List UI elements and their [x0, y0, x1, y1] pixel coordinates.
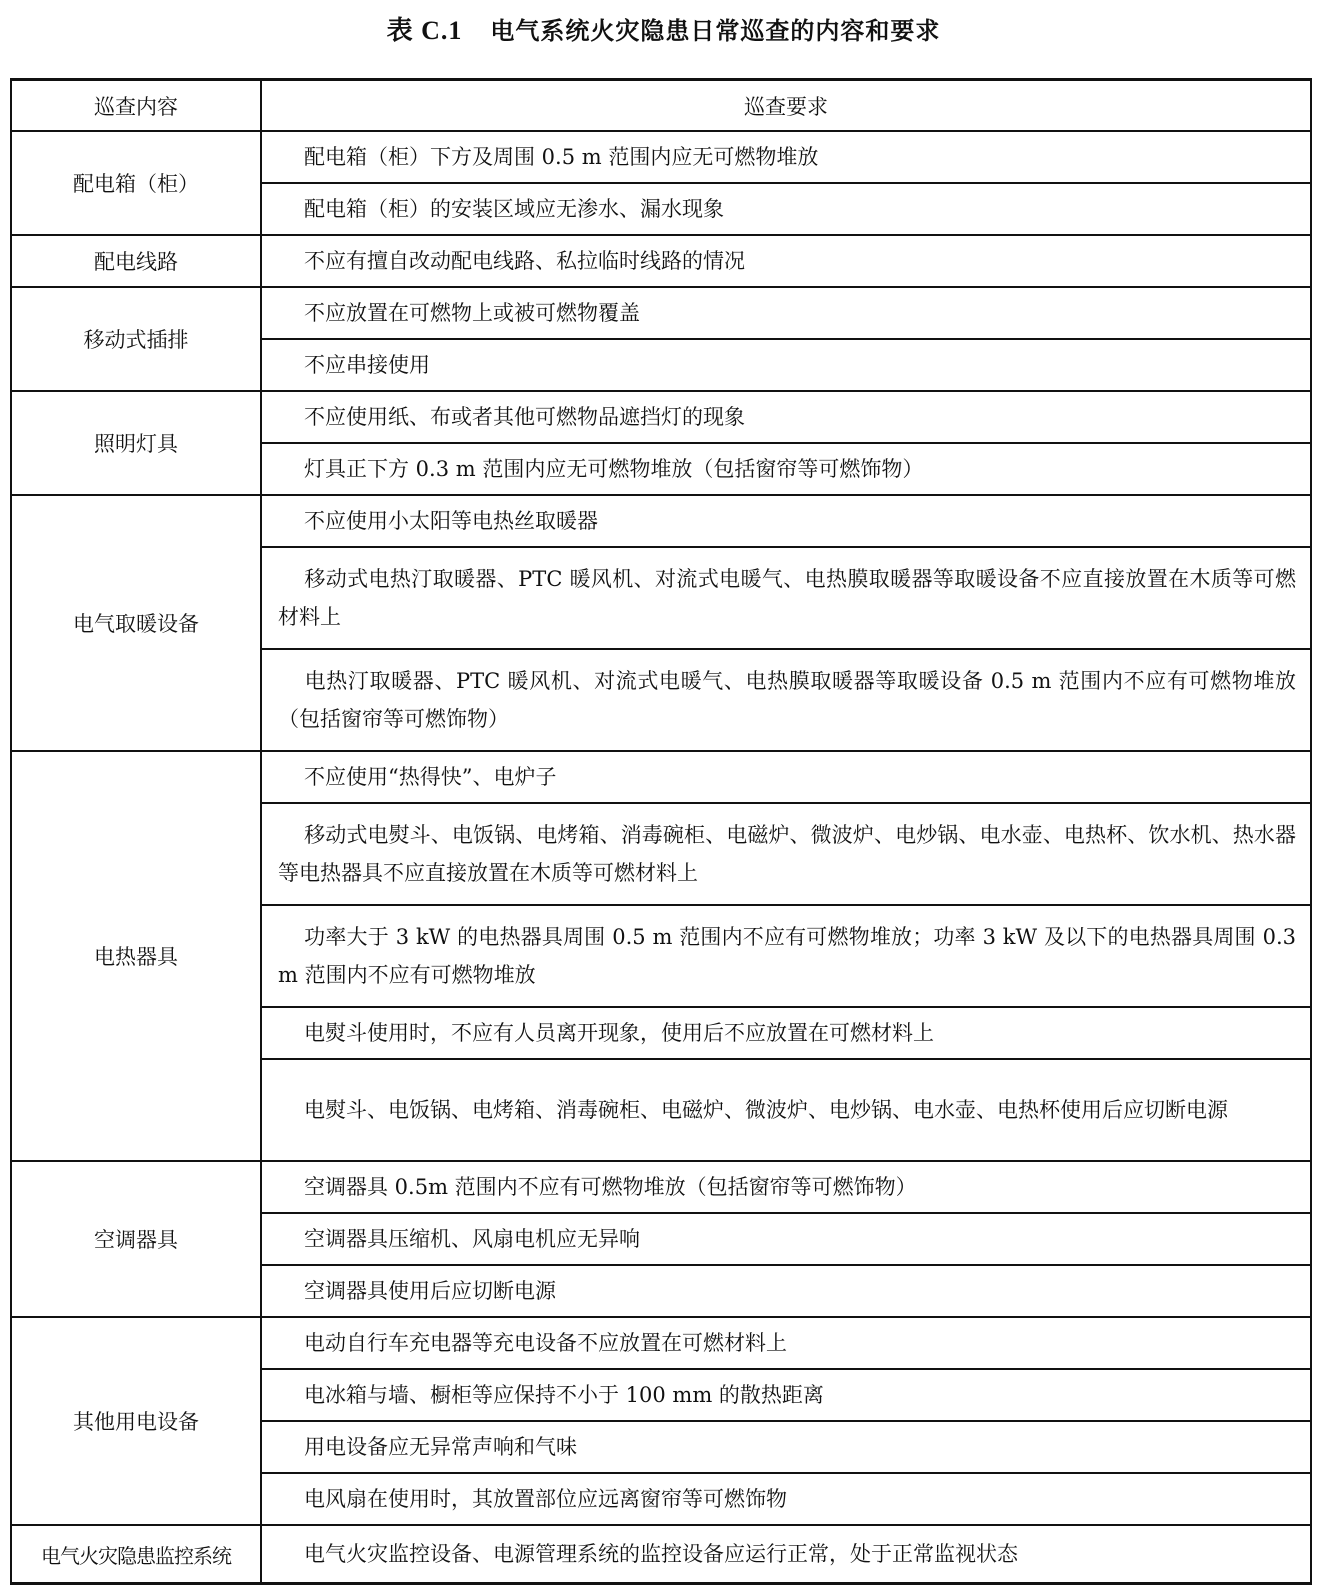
category-cell: 其他用电设备 — [11, 1317, 261, 1525]
category-cell: 照明灯具 — [11, 391, 261, 495]
table-row: 移动式插排 不应放置在可燃物上或被可燃物覆盖 — [11, 287, 1311, 339]
requirement-cell: 电熨斗、电饭锅、电烤箱、消毒碗柜、电磁炉、微波炉、电炒锅、电水壶、电热杯使用后应… — [261, 1059, 1311, 1161]
requirement-cell: 电熨斗使用时，不应有人员离开现象，使用后不应放置在可燃材料上 — [261, 1007, 1311, 1059]
table-row: 照明灯具 不应使用纸、布或者其他可燃物品遮挡灯的现象 — [11, 391, 1311, 443]
header-row: 巡查内容 巡查要求 — [11, 80, 1311, 132]
table-row: 电气取暖设备 不应使用小太阳等电热丝取暖器 — [11, 495, 1311, 547]
requirement-cell: 用电设备应无异常声响和气味 — [261, 1421, 1311, 1473]
requirement-cell: 配电箱（柜）的安装区域应无渗水、漏水现象 — [261, 183, 1311, 235]
requirement-cell: 不应使用“热得快”、电炉子 — [261, 751, 1311, 803]
table-title: 表 C.1电气系统火灾隐患日常巡查的内容和要求 — [0, 10, 1327, 47]
requirement-cell: 电冰箱与墙、橱柜等应保持不小于 100 mm 的散热距离 — [261, 1369, 1311, 1421]
requirement-cell: 移动式电熨斗、电饭锅、电烤箱、消毒碗柜、电磁炉、微波炉、电炒锅、电水壶、电热杯、… — [261, 803, 1311, 905]
requirement-cell: 不应使用纸、布或者其他可燃物品遮挡灯的现象 — [261, 391, 1311, 443]
category-cell: 电气取暖设备 — [11, 495, 261, 751]
requirement-cell: 电动自行车充电器等充电设备不应放置在可燃材料上 — [261, 1317, 1311, 1369]
requirement-cell: 灯具正下方 0.3 m 范围内应无可燃物堆放（包括窗帘等可燃饰物） — [261, 443, 1311, 495]
requirement-cell: 不应使用小太阳等电热丝取暖器 — [261, 495, 1311, 547]
category-cell: 配电箱（柜） — [11, 131, 261, 235]
requirement-cell: 电热汀取暖器、PTC 暖风机、对流式电暖气、电热膜取暖器等取暖设备 0.5 m … — [261, 649, 1311, 751]
category-cell: 移动式插排 — [11, 287, 261, 391]
table-row: 电热器具 不应使用“热得快”、电炉子 — [11, 751, 1311, 803]
table-caption: 电气系统火灾隐患日常巡查的内容和要求 — [490, 17, 940, 45]
table-row: 电气火灾隐患监控系统 电气火灾监控设备、电源管理系统的监控设备应运行正常，处于正… — [11, 1525, 1311, 1584]
category-cell: 配电线路 — [11, 235, 261, 287]
category-cell: 电气火灾隐患监控系统 — [11, 1525, 261, 1584]
table-number: 表 C.1 — [387, 16, 463, 45]
header-category: 巡查内容 — [11, 80, 261, 132]
table-row: 其他用电设备 电动自行车充电器等充电设备不应放置在可燃材料上 — [11, 1317, 1311, 1369]
requirement-cell: 配电箱（柜）下方及周围 0.5 m 范围内应无可燃物堆放 — [261, 131, 1311, 183]
requirement-cell: 不应放置在可燃物上或被可燃物覆盖 — [261, 287, 1311, 339]
table-row: 配电箱（柜） 配电箱（柜）下方及周围 0.5 m 范围内应无可燃物堆放 — [11, 131, 1311, 183]
requirement-cell: 空调器具 0.5m 范围内不应有可燃物堆放（包括窗帘等可燃饰物） — [261, 1161, 1311, 1213]
requirement-cell: 功率大于 3 kW 的电热器具周围 0.5 m 范围内不应有可燃物堆放；功率 3… — [261, 905, 1311, 1007]
table-row: 空调器具 空调器具 0.5m 范围内不应有可燃物堆放（包括窗帘等可燃饰物） — [11, 1161, 1311, 1213]
requirement-cell: 不应有擅自改动配电线路、私拉临时线路的情况 — [261, 235, 1311, 287]
requirement-cell: 电气火灾监控设备、电源管理系统的监控设备应运行正常，处于正常监视状态 — [261, 1525, 1311, 1584]
header-requirement: 巡查要求 — [261, 80, 1311, 132]
requirement-cell: 空调器具使用后应切断电源 — [261, 1265, 1311, 1317]
requirement-cell: 空调器具压缩机、风扇电机应无异响 — [261, 1213, 1311, 1265]
inspection-table: 巡查内容 巡查要求 配电箱（柜） 配电箱（柜）下方及周围 0.5 m 范围内应无… — [10, 78, 1312, 1585]
requirement-cell: 移动式电热汀取暖器、PTC 暖风机、对流式电暖气、电热膜取暖器等取暖设备不应直接… — [261, 547, 1311, 649]
table-row: 配电线路 不应有擅自改动配电线路、私拉临时线路的情况 — [11, 235, 1311, 287]
category-cell: 空调器具 — [11, 1161, 261, 1317]
requirement-cell: 不应串接使用 — [261, 339, 1311, 391]
category-cell: 电热器具 — [11, 751, 261, 1161]
requirement-cell: 电风扇在使用时，其放置部位应远离窗帘等可燃饰物 — [261, 1473, 1311, 1525]
